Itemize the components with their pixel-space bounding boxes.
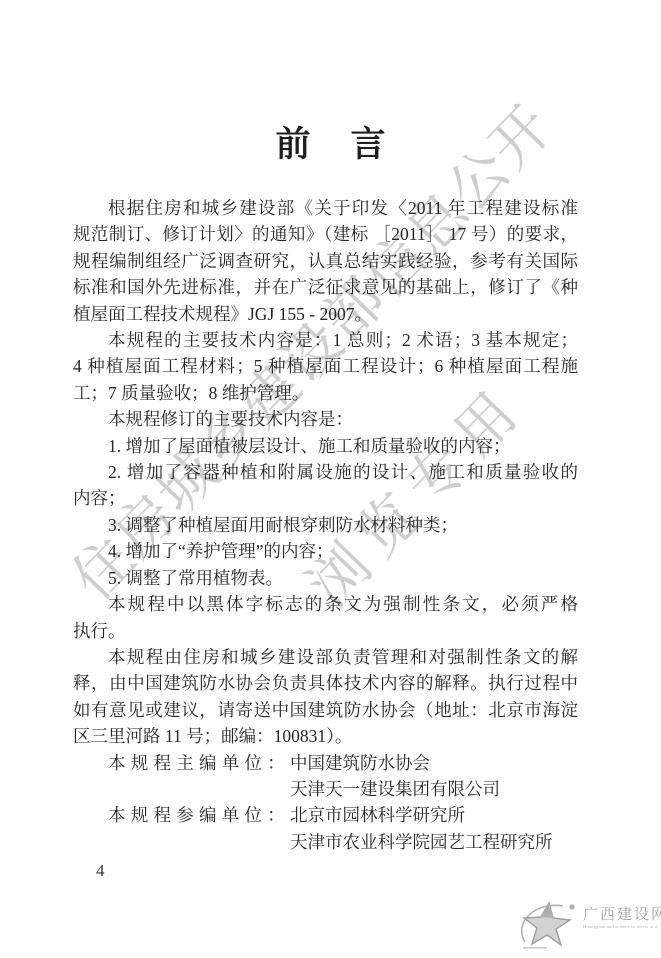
paragraph-line: 2. 增加了容器种植和附属设施的设计、施工和质量验收的 [73, 459, 578, 485]
paragraph-line: 4 种植屋面工程材料；5 种植屋面工程设计；6 种植屋面工程施 [73, 353, 578, 379]
document-page: 住房城乡建设部信息公开 浏览专用 前言 根据住房和城乡建设部《关于印发〈2011… [0, 0, 661, 958]
unit-row: 本规程参编单位：北京市园林科学研究所天津市农业科学院园艺工程研究所 [73, 802, 578, 855]
paragraph-line: 5. 调整了常用植物表。 [73, 565, 578, 591]
page-title-right: 言 [351, 125, 386, 164]
paragraph-line: 工；7 质量验收；8 维护管理。 [73, 380, 578, 406]
paragraph-line: 如有意见或建议，请寄送中国建筑防水协会（地址：北京市海淀 [73, 697, 578, 723]
logo-tagline: Huangguan and science in levels in du..g… [583, 924, 657, 930]
unit-orgs: 北京市园林科学研究所天津市农业科学院园艺工程研究所 [290, 802, 578, 855]
page-title: 前言 [0, 125, 661, 165]
paragraph-line: 释，由中国建筑防水协会负责具体技术内容的解释。执行过程中 [73, 670, 578, 696]
page-title-left: 前 [275, 125, 310, 164]
paragraph-line: 3. 调整了种植屋面用耐根穿刺防水材料种类； [73, 512, 578, 538]
body-text: 根据住房和城乡建设部《关于印发〈2011 年工程建设标准规范制订、修订计划〉的通… [73, 195, 578, 855]
paragraph-line: 1. 增加了屋面植被层设计、施工和质量验收的内容； [73, 433, 578, 459]
unit-label: 本规程参编单位： [108, 802, 290, 855]
paragraph-line: 植屋面工程技术规程》JGJ 155 - 2007。 [73, 301, 578, 327]
star-icon [515, 896, 579, 952]
unit-org: 中国建筑防水协会 [290, 750, 578, 776]
logo-name: 广西建设网 [583, 906, 661, 924]
unit-org: 北京市园林科学研究所 [290, 802, 578, 828]
unit-org: 天津市农业科学院园艺工程研究所 [290, 829, 578, 855]
paragraph-line: 标准和国外先进标准，并在广泛征求意见的基础上，修订了《种 [73, 274, 578, 300]
unit-row: 本规程主编单位：中国建筑防水协会天津天一建设集团有限公司 [73, 750, 578, 803]
unit-org: 天津天一建设集团有限公司 [290, 776, 578, 802]
paragraph-line: 规程编制组经广泛调查研究，认真总结实践经验，参考有关国际 [73, 248, 578, 274]
unit-orgs: 中国建筑防水协会天津天一建设集团有限公司 [290, 750, 578, 803]
paragraph-line: 本规程由住房和城乡建设部负责管理和对强制性条文的解 [73, 644, 578, 670]
paragraph-line: 内容； [73, 485, 578, 511]
page-number: 4 [96, 861, 105, 881]
paragraph-line: 本规程修订的主要技术内容是： [73, 406, 578, 432]
paragraph-line: 根据住房和城乡建设部《关于印发〈2011 年工程建设标准 [73, 195, 578, 221]
paragraph-line: 4. 增加了“养护管理”的内容； [73, 538, 578, 564]
paragraph-line: 本规程的主要技术内容是：1 总则；2 术语；3 基本规定； [73, 327, 578, 353]
site-logo: 广西建设网 Huangguan and science in levels in… [515, 894, 661, 952]
paragraph-line: 本规程中以黑体字标志的条文为强制性条文，必须严格 [73, 591, 578, 617]
unit-label: 本规程主编单位： [108, 750, 290, 803]
paragraph-line: 执行。 [73, 618, 578, 644]
paragraph-line: 规范制订、修订计划〉的通知》（建标 ［2011］ 17 号）的要求， [73, 221, 578, 247]
paragraph-line: 区三里河路 11 号；邮编：100831）。 [73, 723, 578, 749]
